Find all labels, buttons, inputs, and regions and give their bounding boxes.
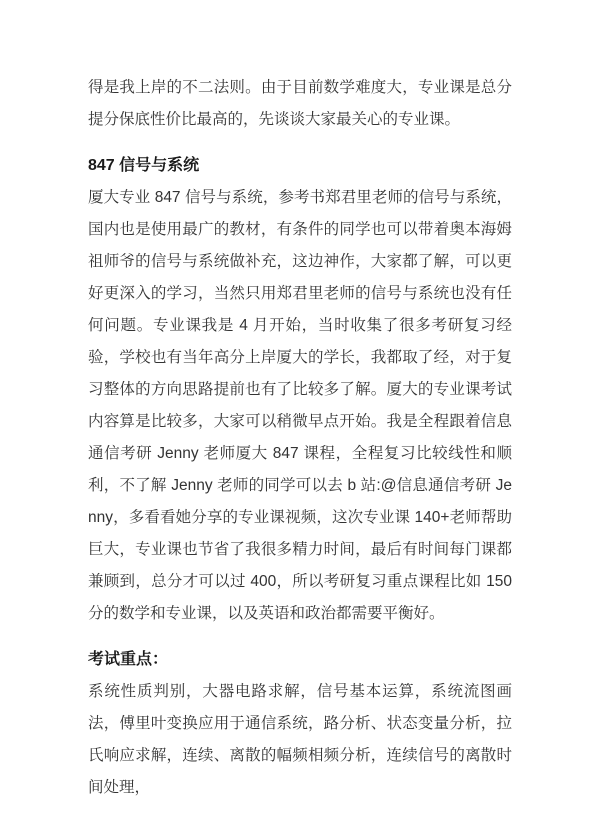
document-page: 得是我上岸的不二法则。由于目前数学难度大，专业课是总分提分保底性价比最高的，先谈…: [0, 0, 600, 828]
section-heading-exam-focus: 考试重点：: [88, 644, 512, 676]
section-body-exam-focus: 系统性质判别，大器电路求解，信号基本运算，系统流图画法，傅里叶变换应用于通信系统…: [88, 676, 512, 804]
section-body-847-signals-systems: 厦大专业 847 信号与系统，参考书郑君里老师的信号与系统，国内也是使用最广的教…: [88, 182, 512, 630]
section-heading-847-signals-systems: 847 信号与系统: [88, 150, 512, 182]
intro-paragraph: 得是我上岸的不二法则。由于目前数学难度大，专业课是总分提分保底性价比最高的，先谈…: [88, 72, 512, 136]
